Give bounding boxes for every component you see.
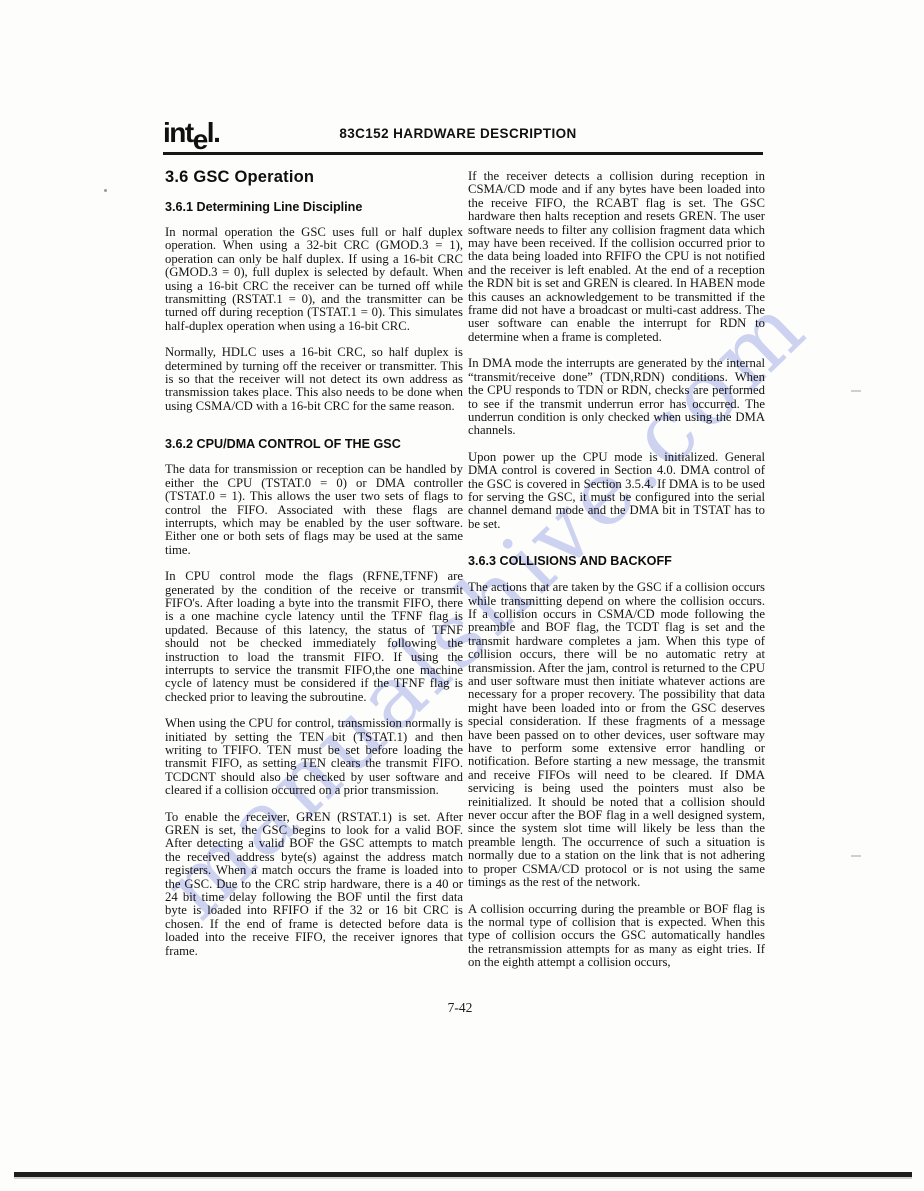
right-column: If the receiver detects a collision duri… xyxy=(468,170,765,983)
section-heading-3-6: 3.6 GSC Operation xyxy=(165,168,463,187)
subsection-heading-3-6-1: 3.6.1 Determining Line Discipline xyxy=(165,200,463,214)
paragraph: When using the CPU for control, transmis… xyxy=(165,717,463,797)
subsection-heading-3-6-3: 3.6.3 COLLISIONS AND BACKOFF xyxy=(468,554,765,568)
paragraph: The data for transmission or reception c… xyxy=(165,463,463,557)
page-number: 7-42 xyxy=(415,1000,505,1016)
page-header-title: 83C152 HARDWARE DESCRIPTION xyxy=(152,126,764,141)
paragraph: If the receiver detects a collision duri… xyxy=(468,170,765,344)
paragraph: In normal operation the GSC uses full or… xyxy=(165,226,463,333)
paragraph: A collision occurring during the preambl… xyxy=(468,903,765,970)
header-divider xyxy=(163,152,763,155)
paragraph: To enable the receiver, GREN (RSTAT.1) i… xyxy=(165,811,463,958)
left-column: 3.6 GSC Operation 3.6.1 Determining Line… xyxy=(165,168,463,971)
document-page: manualshive.com intel. 83C152 HARDWARE D… xyxy=(0,0,924,1191)
paragraph: Normally, HDLC uses a 16-bit CRC, so hal… xyxy=(165,346,463,413)
scan-bottom-edge xyxy=(14,1172,912,1177)
paragraph: In CPU control mode the flags (RFNE,TFNF… xyxy=(165,570,463,704)
paragraph: In DMA mode the interrupts are generated… xyxy=(468,357,765,437)
subsection-heading-3-6-2: 3.6.2 CPU/DMA CONTROL OF THE GSC xyxy=(165,437,463,451)
scan-margin-mark xyxy=(851,390,861,392)
paragraph: The actions that are taken by the GSC if… xyxy=(468,581,765,889)
scan-margin-mark xyxy=(851,855,861,857)
scan-speck xyxy=(104,189,107,192)
paragraph: Upon power up the CPU mode is initialize… xyxy=(468,451,765,531)
